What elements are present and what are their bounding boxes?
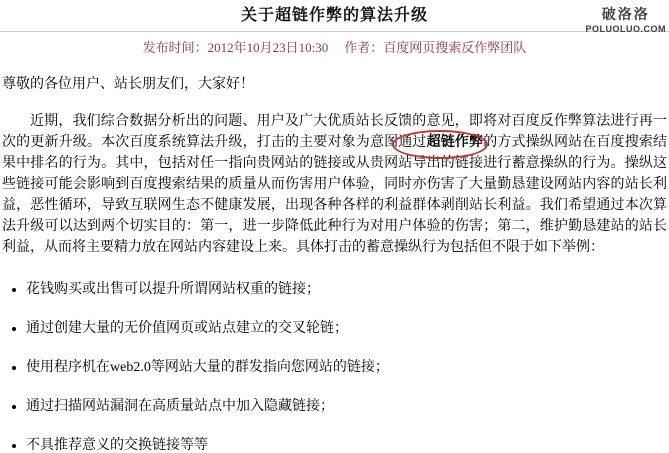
- greeting-paragraph: 尊敬的各位用户、站长朋友们，大家好！: [2, 74, 667, 95]
- red-circle-annotation: 通过超链作弊: [398, 135, 483, 150]
- publish-time: 发布时间：2012年10月23日10:30: [143, 40, 329, 55]
- examples-list: 花钱购买或出售可以提升所谓网站权重的链接； 通过创建大量的无价值网页或站点建立的…: [2, 279, 667, 453]
- header-divider: [0, 31, 669, 32]
- watermark-site-name: 破洛洛: [586, 7, 667, 21]
- main-paragraph: 近期，我们综合数据分析出的问题、用户及广大优质站长反馈的意见，即将对百度反作弊算…: [2, 111, 667, 258]
- watermark-domain: POLUOLUO.COM: [586, 25, 667, 34]
- list-item: 通过创建大量的无价值网页或站点建立的交叉轮链；: [26, 318, 667, 339]
- list-item: 花钱购买或出售可以提升所谓网站权重的链接；: [26, 279, 667, 300]
- list-item: 使用程序机在web2.0等网站大量的群发指向您网站的链接；: [26, 357, 667, 378]
- article-meta: 发布时间：2012年10月23日10:30作者：百度网页搜索反作弊团队: [0, 40, 669, 56]
- list-item: 通过扫描网站漏洞在高质量站点中加入隐藏链接；: [26, 396, 667, 417]
- article-body: 尊敬的各位用户、站长朋友们，大家好！ 近期，我们综合数据分析出的问题、用户及广大…: [0, 74, 669, 453]
- author: 作者：百度网页搜索反作弊团队: [344, 40, 526, 55]
- page-title: 关于超链作弊的算法升级: [0, 5, 669, 26]
- paragraph-text-after: 的方式操纵网站在百度搜索结果中排名的行为。其中，包括对任一指向贵网站的链接或从贵…: [2, 135, 667, 255]
- circled-plain-text: 通过: [398, 135, 426, 150]
- circled-bold-text: 超链作弊: [427, 135, 484, 150]
- list-item: 不具推荐意义的交换链接等等: [26, 435, 667, 453]
- article-page: 关于超链作弊的算法升级 破洛洛 POLUOLUO.COM 发布时间：2012年1…: [0, 5, 669, 453]
- watermark: 破洛洛 POLUOLUO.COM: [586, 7, 667, 34]
